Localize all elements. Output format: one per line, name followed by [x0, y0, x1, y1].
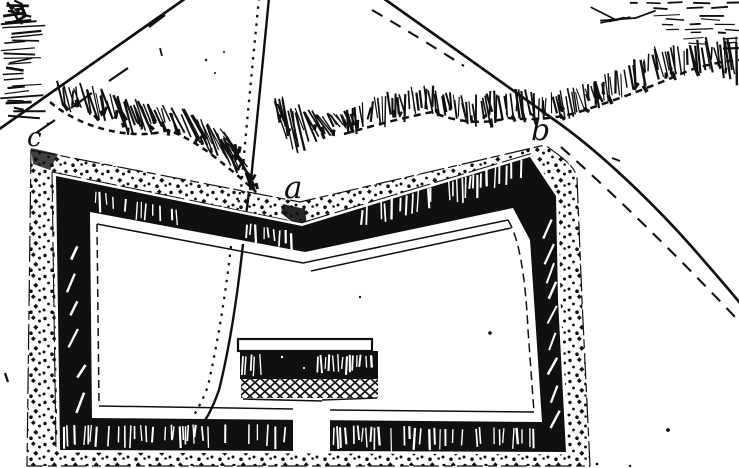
- texture-tick: [180, 426, 181, 448]
- hachure-stroke: [668, 2, 683, 3]
- hachure-stroke: [523, 113, 525, 122]
- label-c: c: [27, 123, 42, 153]
- label-a: a: [284, 170, 302, 206]
- hachure-stroke: [408, 91, 409, 110]
- hachure-stroke: [723, 48, 739, 49]
- texture-tick: [338, 354, 339, 372]
- gorge-opening: [293, 402, 330, 453]
- hachure-stroke: [711, 47, 712, 60]
- hachure-stroke: [506, 95, 507, 115]
- texture-tick: [183, 426, 184, 440]
- speck: [359, 296, 361, 298]
- hachure-stroke: [347, 110, 348, 133]
- hachure-stroke: [333, 130, 334, 136]
- texture-tick: [457, 179, 458, 202]
- hachure-stroke: [634, 59, 635, 88]
- texture-tick: [242, 356, 243, 375]
- texture-tick: [429, 429, 430, 450]
- traverse-top-bar: [238, 339, 372, 351]
- hachure-stroke: [725, 42, 737, 43]
- speck: [214, 72, 216, 74]
- texture-tick: [291, 233, 292, 252]
- texture-tick: [113, 197, 114, 209]
- speck: [205, 59, 207, 61]
- hachure-stroke: [385, 96, 386, 127]
- hachure-stroke: [4, 58, 41, 59]
- hachure-stroke: [12, 40, 39, 41]
- hachure-stroke: [393, 110, 394, 117]
- hachure-stroke: [168, 130, 169, 136]
- texture-tick: [370, 427, 371, 442]
- hachure-stroke: [693, 3, 710, 4]
- hachure-stroke: [471, 115, 472, 123]
- texture-tick: [371, 355, 372, 367]
- texture-tick: [255, 225, 256, 244]
- hachure-stroke: [382, 96, 383, 122]
- hachure-stroke: [115, 110, 117, 119]
- texture-tick: [366, 356, 367, 368]
- texture-tick: [361, 210, 363, 225]
- texture-tick: [74, 425, 75, 445]
- texture-tick: [95, 192, 96, 203]
- traverse-speck: [281, 356, 283, 358]
- texture-tick: [146, 426, 147, 443]
- texture-tick: [279, 231, 280, 247]
- traverse-crosshatch-base: [241, 379, 378, 398]
- hachure-stroke: [357, 120, 358, 129]
- texture-tick: [165, 427, 166, 441]
- texture-tick: [67, 425, 68, 446]
- speck: [629, 465, 631, 467]
- label-b: b: [531, 113, 550, 148]
- texture-tick: [412, 193, 413, 213]
- traverse-speck: [303, 367, 305, 369]
- speck: [223, 51, 225, 53]
- texture-tick: [194, 425, 195, 437]
- texture-tick: [317, 357, 318, 373]
- texture-tick: [187, 425, 188, 441]
- texture-tick: [359, 355, 360, 367]
- hachure-stroke: [725, 68, 726, 74]
- hachure-stroke: [690, 24, 701, 25]
- hachure-stroke: [362, 102, 363, 126]
- texture-tick: [352, 355, 353, 370]
- hachure-stroke: [687, 7, 704, 8]
- texture-tick: [521, 160, 522, 178]
- hachure-stroke: [725, 30, 739, 31]
- texture-tick: [329, 354, 330, 371]
- hachure-stroke: [123, 123, 125, 128]
- engraving-figure: c a b: [0, 0, 739, 468]
- texture-tick: [253, 357, 254, 377]
- texture-tick: [325, 357, 326, 369]
- texture-tick: [406, 195, 407, 215]
- hachure-stroke: [489, 91, 490, 115]
- texture-tick: [108, 426, 109, 446]
- hachure-stroke: [404, 94, 405, 122]
- texture-tick: [340, 427, 341, 448]
- texture-tick: [345, 428, 346, 445]
- texture-tick: [99, 192, 100, 213]
- hachure-stroke: [644, 61, 645, 72]
- hachure-stroke: [425, 89, 426, 109]
- texture-tick: [465, 177, 466, 198]
- texture-tick: [130, 425, 131, 448]
- hachure-stroke: [648, 54, 649, 72]
- texture-tick: [246, 225, 247, 238]
- hachure-stroke: [256, 183, 257, 189]
- hachure-stroke: [647, 3, 661, 4]
- texture-tick: [346, 356, 347, 375]
- texture-tick: [208, 427, 209, 448]
- texture-tick: [152, 427, 153, 443]
- hachure-stroke: [694, 61, 695, 67]
- hachure-stroke: [201, 140, 202, 145]
- hachure-stroke: [687, 49, 688, 65]
- hachure-stroke: [603, 82, 604, 94]
- texture-tick: [428, 188, 429, 208]
- hachure-stroke: [128, 128, 129, 135]
- texture-tick: [473, 174, 474, 188]
- texture-tick: [462, 178, 463, 203]
- hachure-stroke: [72, 91, 73, 106]
- texture-tick: [125, 199, 126, 212]
- texture-tick: [250, 224, 251, 235]
- hachure-stroke: [201, 136, 202, 140]
- hachure-stroke: [4, 53, 36, 54]
- hachure-stroke: [397, 97, 399, 114]
- texture-tick: [333, 428, 334, 445]
- hachure-stroke: [718, 33, 726, 34]
- hachure-stroke: [653, 8, 667, 9]
- texture-tick: [434, 428, 435, 445]
- texture-tick: [414, 428, 415, 450]
- hachure-stroke: [711, 7, 728, 8]
- texture-tick: [251, 355, 252, 371]
- hachure-stroke: [6, 102, 32, 103]
- texture-tick: [384, 203, 385, 221]
- hachure-stroke: [76, 100, 78, 108]
- texture-tick: [391, 428, 392, 451]
- texture-tick: [378, 427, 379, 446]
- label-c-dot: [47, 123, 50, 126]
- texture-tick: [469, 176, 470, 189]
- hachure-stroke: [494, 91, 495, 123]
- speck: [488, 331, 492, 335]
- traverse-group: [238, 339, 378, 401]
- speck: [596, 463, 599, 466]
- texture-tick: [366, 206, 367, 225]
- speck: [666, 428, 670, 432]
- hachure-stroke: [432, 86, 433, 108]
- fortification-engraving-svg: c a b: [0, 0, 739, 468]
- texture-tick: [96, 427, 97, 447]
- texture-tick: [517, 428, 518, 444]
- hachure-stroke: [491, 119, 492, 128]
